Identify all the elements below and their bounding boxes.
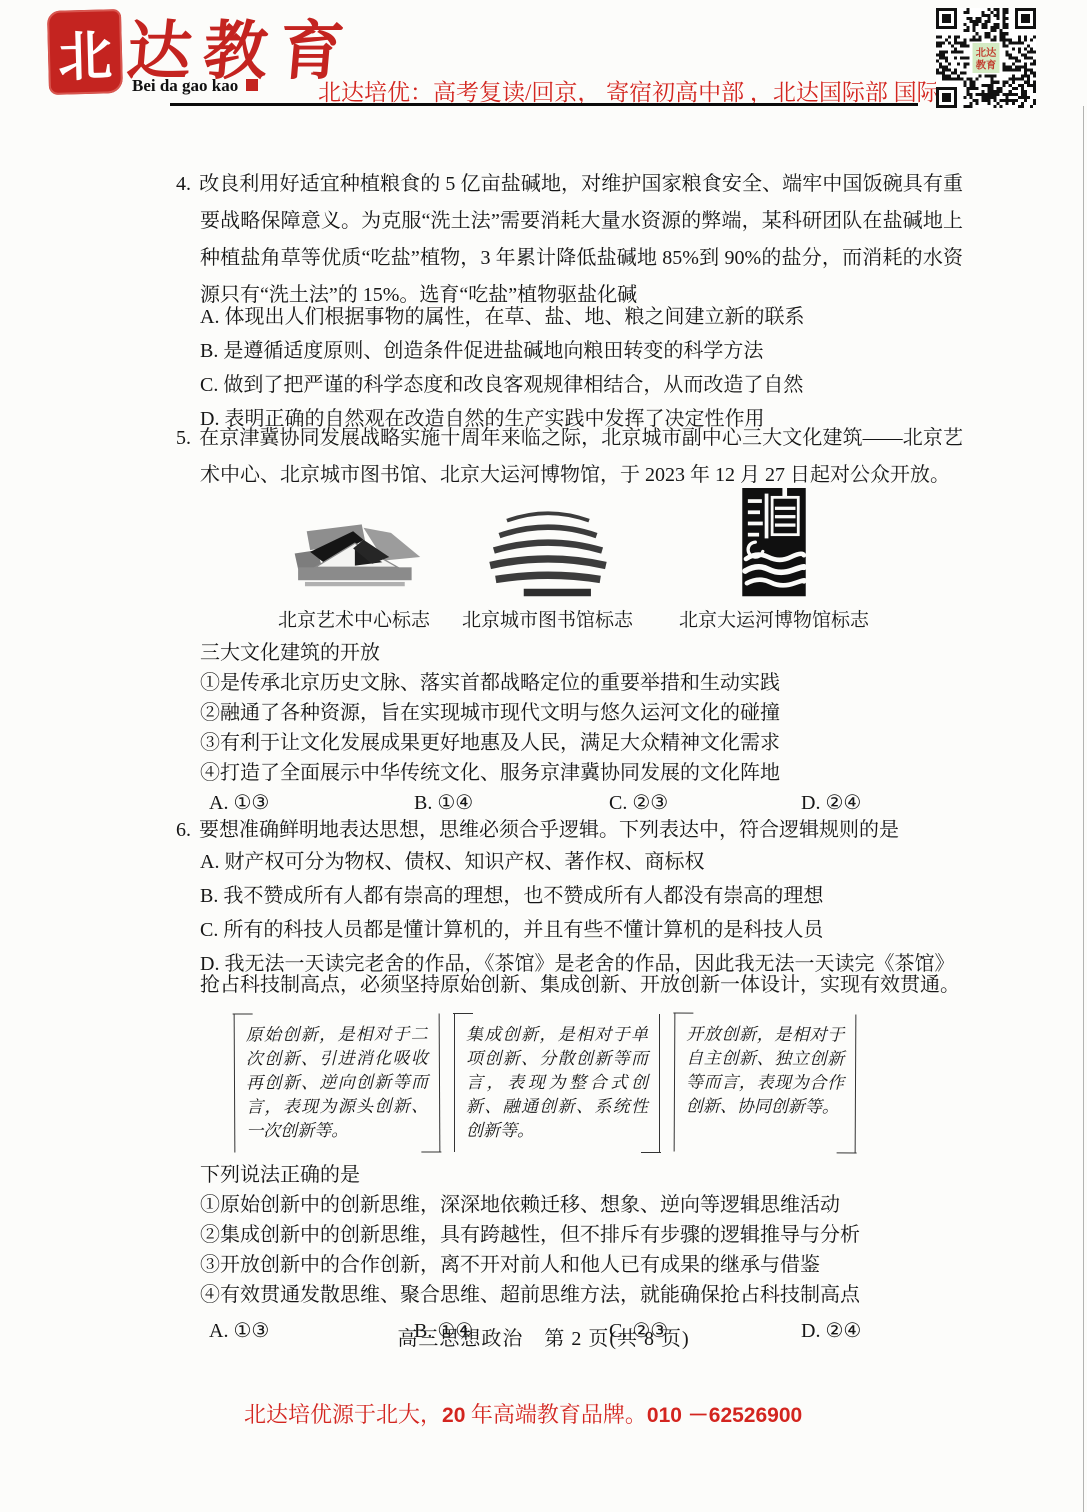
question-stem: 改良利用好适宜种植粮食的 5 亿亩盐碱地，对维护国家粮食安全、端牢中国饭碗具有重… — [199, 173, 963, 306]
definition-boxes: 原始创新，是相对于二次创新、引进消化吸收再创新、逆向创新等而言，表现为源头创新、… — [234, 1014, 963, 1152]
question-6-options: A. 财产权可分为物权、债权、知识产权、著作权、商标权 B. 我不赞成所有人都有… — [176, 845, 963, 981]
statement-row: ③有利于让文化发展成果更好地惠及人民，满足大众精神文化需求 — [200, 728, 963, 758]
qr-code-icon: 北达 教育 — [936, 8, 1036, 108]
figure-city-library: 北京城市图书馆标志 — [462, 502, 633, 632]
option-row: A. 体现出人们根据事物的属性，在草、盐、地、粮之间建立新的联系 — [200, 300, 963, 334]
seal-character: 北 — [57, 13, 113, 91]
figure-art-center: 北京艺术中心标志 — [278, 514, 430, 632]
option-row: C. 所有的科技人员都是懂计算机的，并且有些不懂计算机的是科技人员 — [200, 913, 963, 947]
brand-pinyin-text: Bei da gao kao — [132, 76, 238, 95]
statement-row: ①原始创新中的创新思维，深深地依赖迁移、想象、逆向等逻辑思维活动 — [200, 1190, 963, 1220]
option-row: A. 财产权可分为物权、债权、知识产权、著作权、商标权 — [200, 845, 963, 879]
statement-row: ①是传承北京历史文脉、落实首都战略定位的重要举措和生动实践 — [200, 668, 963, 698]
red-square-icon — [246, 79, 258, 91]
question-stem: 在京津冀协同发展战略实施十周年来临之际，北京城市副中心三大文化建筑——北京艺术中… — [199, 427, 963, 486]
statement-row: ④有效贯通发散思维、聚合思维、超前思维方法，就能确保抢占科技制高点 — [200, 1280, 963, 1310]
promo-text: 年高端教育品牌。 — [465, 1402, 647, 1427]
question-5: 5.在京津冀协同发展战略实施十周年来临之际，北京城市副中心三大文化建筑——北京艺… — [176, 420, 963, 494]
question-4-options: A. 体现出人们根据事物的属性，在草、盐、地、粮之间建立新的联系 B. 是遵循适… — [176, 300, 963, 436]
definition-box-integrated-innovation: 集成创新，是相对于单项创新、分散创新等而言，表现为整合式创新、融通创新、系统性创… — [454, 1014, 660, 1152]
promo-years: 20 — [442, 1404, 465, 1427]
qr-label-line2: 教育 — [975, 58, 997, 71]
art-center-logo-icon — [278, 514, 430, 600]
question-number: 4. — [176, 173, 191, 195]
question-5-statements: ①是传承北京历史文脉、落实首都战略定位的重要举措和生动实践 ②融通了各种资源，旨… — [176, 668, 963, 788]
question-4: 4.改良利用好适宜种植粮食的 5 亿亩盐碱地，对维护国家粮食安全、端牢中国饭碗具… — [176, 166, 963, 314]
question-7-lead: 抢占科技制高点，必须坚持原始创新、集成创新、开放创新一体设计，实现有效贯通。 — [200, 967, 963, 1004]
statement-row: ②集成创新中的创新思维，具有跨越性，但不排斥有步骤的逻辑推导与分析 — [200, 1220, 963, 1250]
option-row: B. 是遵循适度原则、创造条件促进盐碱地向粮田转变的科学方法 — [200, 334, 963, 368]
definition-box-open-innovation: 开放创新，是相对于自主创新、独立创新等而言，表现为合作创新、协同创新等。 — [674, 1014, 857, 1153]
question-7-substem: 下列说法正确的是 — [200, 1160, 963, 1190]
promo-phone: 010 －62526900 — [647, 1404, 802, 1427]
exam-content: 4.改良利用好适宜种植粮食的 5 亿亩盐碱地，对维护国家粮食安全、端牢中国饭碗具… — [0, 166, 1087, 1346]
question-6: 6.要想准确鲜明地表达思想，思维必须合乎逻辑。下列表达中，符合逻辑规则的是 — [176, 812, 963, 849]
page-number-label: 高三思想政治 第 2 页(共 8 页) — [0, 1322, 1087, 1351]
brand-pinyin: Bei da gao kao — [132, 76, 258, 96]
question-7-statements: ①原始创新中的创新思维，深深地依赖迁移、想象、逆向等逻辑思维活动 ②集成创新中的… — [176, 1190, 963, 1310]
library-logo-icon — [473, 502, 623, 600]
option-row: C. 做到了把严谨的科学态度和改良客观规律相结合，从而改造了自然 — [200, 368, 963, 402]
figure-canal-museum: 北京大运河博物馆标志 — [679, 488, 869, 632]
question-number: 5. — [176, 427, 191, 449]
figure-caption: 北京大运河博物馆标志 — [679, 605, 869, 632]
question-number: 6. — [176, 819, 191, 841]
header-rule — [170, 103, 918, 106]
figure-caption: 北京艺术中心标志 — [278, 605, 430, 632]
question-stem: 要想准确鲜明地表达思想，思维必须合乎逻辑。下列表达中，符合逻辑规则的是 — [199, 819, 899, 841]
canal-museum-logo-icon — [727, 488, 821, 600]
figure-row: 北京艺术中心标志 北京城市图书馆标志 — [278, 488, 963, 632]
option-row: B. 我不赞成所有人都有崇高的理想，也不赞成所有人都没有崇高的理想 — [200, 879, 963, 913]
qr-label-line1: 北达 — [976, 46, 997, 59]
question-5-substem: 三大文化建筑的开放 — [200, 638, 963, 668]
statement-row: ②融通了各种资源，旨在实现城市现代文明与悠久运河文化的碰撞 — [200, 698, 963, 728]
scan-edge-line — [1083, 106, 1084, 1512]
definition-box-original-innovation: 原始创新，是相对于二次创新、引进消化吸收再创新、逆向创新等而言，表现为源头创新、… — [234, 1013, 441, 1152]
exam-page: 北 达教育 Bei da gao kao 北达培优：高考复读/回京， 寄宿初高中… — [0, 0, 1087, 1512]
statement-row: ④打造了全面展示中华传统文化、服务京津冀协同发展的文化阵地 — [200, 758, 963, 788]
statement-row: ③开放创新中的合作创新，离不开对前人和他人已有成果的继承与借鉴 — [200, 1250, 963, 1280]
beida-seal-logo: 北 — [47, 9, 123, 95]
promo-line: 北达培优源于北大，20 年高端教育品牌。010 －62526900 — [244, 1398, 802, 1429]
figure-caption: 北京城市图书馆标志 — [462, 605, 633, 632]
promo-text: 北达培优源于北大， — [244, 1402, 442, 1427]
